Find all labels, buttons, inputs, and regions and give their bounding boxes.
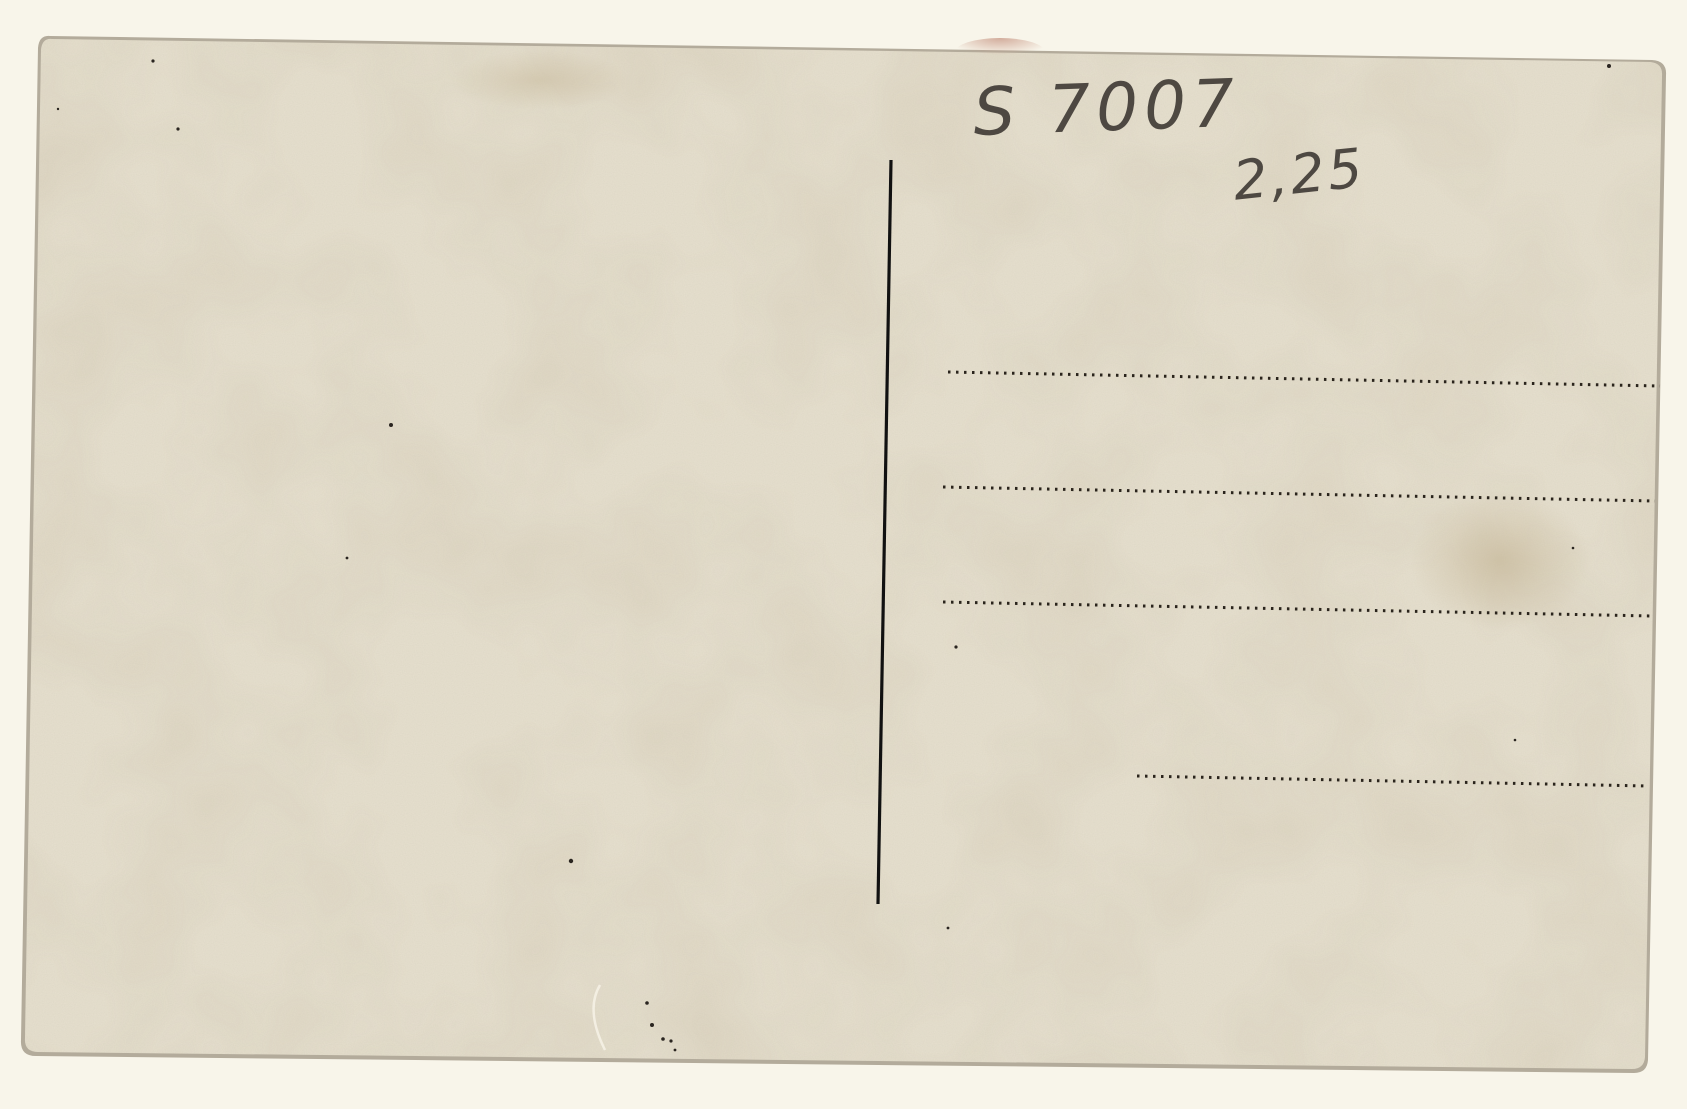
pencil-reference-number: S 7007 [972, 65, 1241, 151]
address-area [935, 340, 1665, 800]
address-line-1 [948, 360, 1660, 384]
address-line-4 [1137, 764, 1648, 788]
address-line-3 [943, 590, 1652, 614]
message-area [60, 70, 850, 1050]
scanned-postcard-scene: S 7007 2,25 [0, 0, 1687, 1109]
pink-stain [955, 38, 1045, 66]
address-line-2 [943, 475, 1655, 499]
divider [872, 158, 896, 908]
